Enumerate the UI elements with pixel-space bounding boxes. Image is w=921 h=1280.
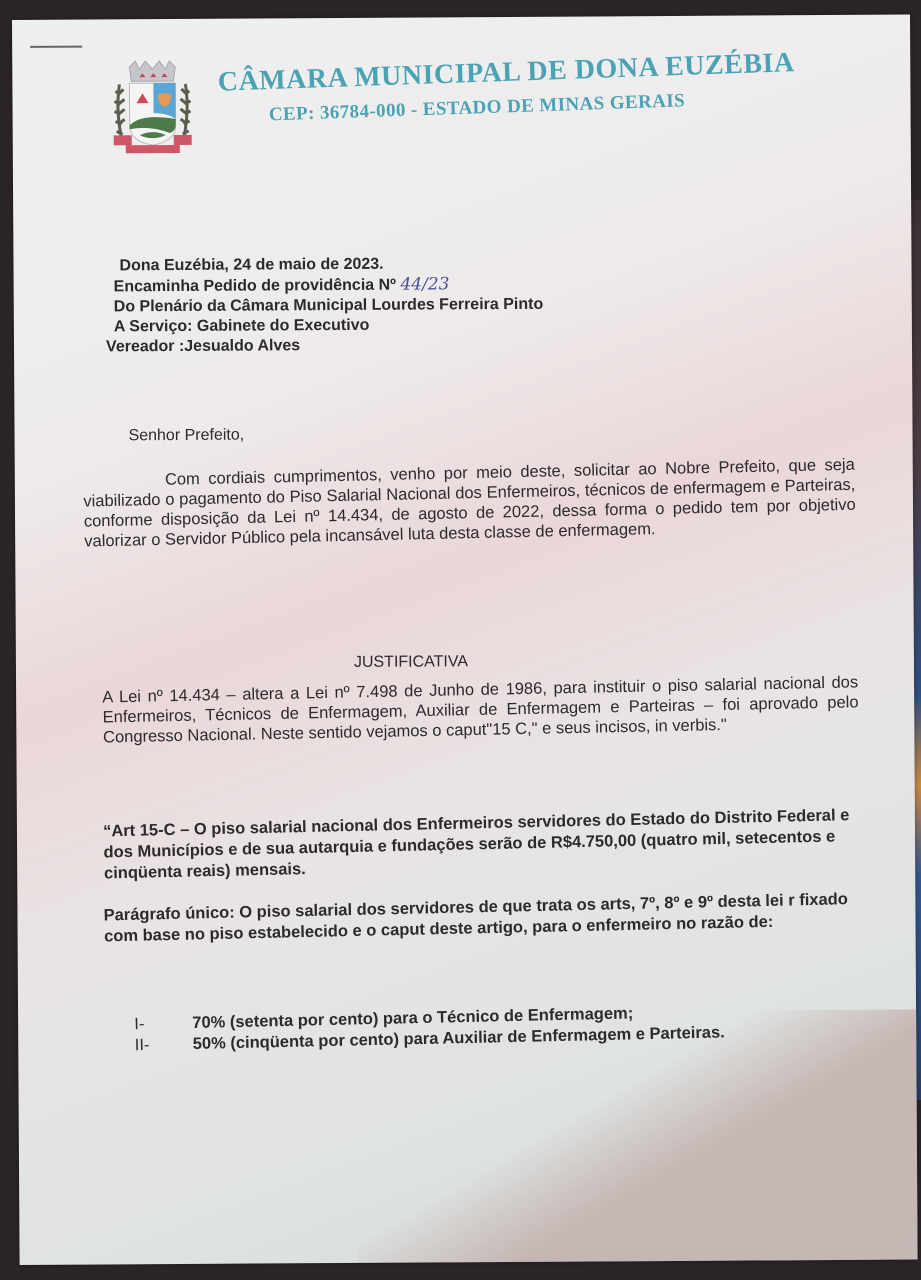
salutation: Senhor Prefeito,: [128, 427, 244, 446]
request-label: Encaminha Pedido de providência Nº: [114, 277, 396, 296]
article-quote: “Art 15-C – O piso salarial nacional dos…: [103, 805, 870, 885]
incisos-list: I- 70% (setenta por cento) para o Técnic…: [134, 999, 835, 1056]
institution-subtitle: CEP: 36784-000 - ESTADO DE MINAS GERAIS: [269, 90, 686, 126]
justification-title: JUSTIFICATIVA: [354, 653, 468, 672]
list-item: I- 70% (setenta por cento) para o Técnic…: [134, 999, 834, 1035]
coat-of-arms-icon: [109, 59, 196, 155]
councilman-line: Vereador :Jesualdo Alves: [106, 335, 544, 358]
justification-text: A Lei nº 14.434 – altera a Lei nº 7.498 …: [102, 672, 859, 747]
letter-body: Com cordiais cumprimentos, venho por mei…: [83, 455, 857, 552]
inciso-number: I-: [134, 1013, 192, 1035]
plenary-line: Do Plenário da Câmara Municipal Lourdes …: [106, 295, 544, 318]
service-line: A Serviço: Gabinete do Executivo: [106, 315, 544, 338]
inciso-text: 70% (setenta por cento) para o Técnico d…: [192, 1003, 633, 1034]
document-meta: Dona Euzébia, 24 de maio de 2023. Encami…: [105, 254, 543, 358]
handwritten-request-number: 44/23: [400, 274, 449, 294]
inciso-number: II-: [135, 1034, 193, 1056]
document-page: CÂMARA MUNICIPAL DE DONA EUZÉBIA CEP: 36…: [12, 15, 918, 1265]
institution-title: CÂMARA MUNICIPAL DE DONA EUZÉBIA: [217, 47, 795, 99]
request-line: Encaminha Pedido de providência Nº 44/23: [106, 274, 544, 298]
pen-mark: [30, 46, 82, 48]
sole-paragraph: Parágrafo único: O piso salarial dos ser…: [103, 889, 870, 948]
letter-body-paragraph: Com cordiais cumprimentos, venho por mei…: [83, 455, 857, 552]
date-line: Dona Euzébia, 24 de maio de 2023.: [105, 254, 543, 277]
